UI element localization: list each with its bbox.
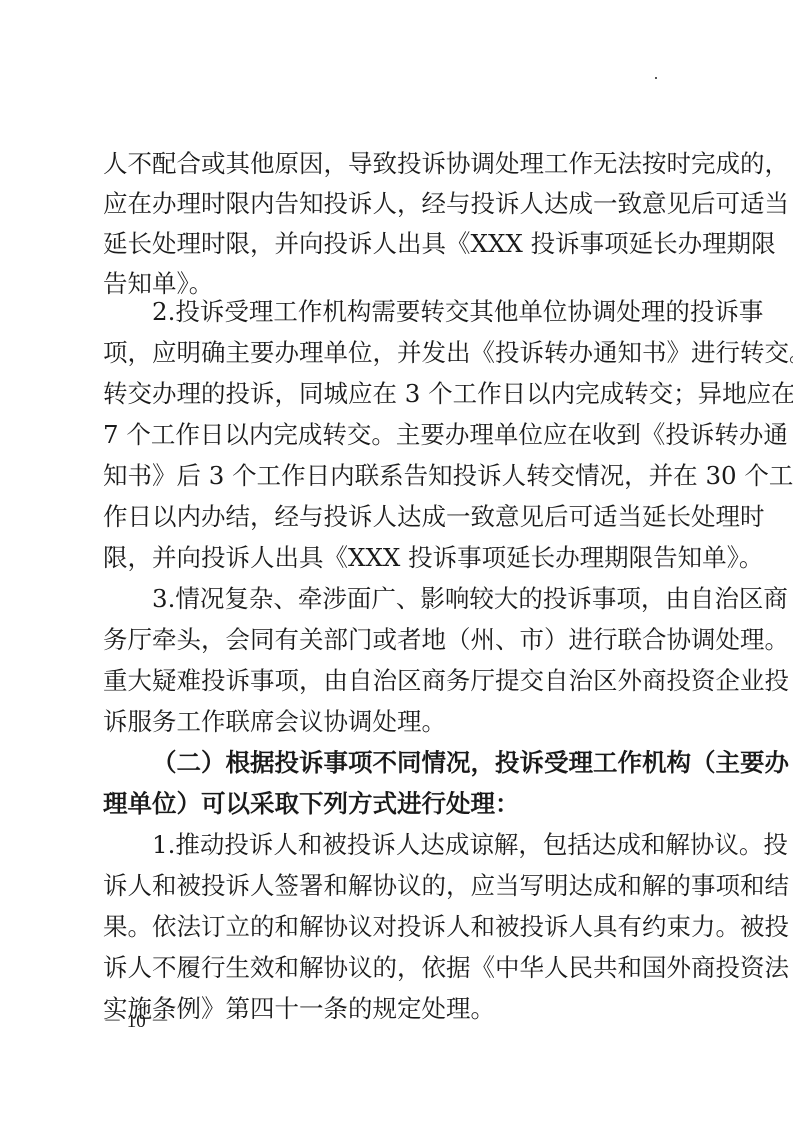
paragraph-line: 限，并向投诉人出具《XXX 投诉事项延长办理期限告知单》。 [103, 538, 703, 578]
paragraph-line: 延长处理时限，并向投诉人出具《XXX 投诉事项延长办理期限 [103, 224, 703, 264]
paragraph-line: 果。依法订立的和解协议对投诉人和被投诉人具有约束力。被投 [103, 907, 703, 947]
paragraph-line: 诉人和被投诉人签署和解协议的，应当写明达成和解的事项和结 [103, 866, 703, 906]
section-heading-line: （二）根据投诉事项不同情况，投诉受理工作机构（主要办 [152, 743, 703, 783]
paragraph-line: 2.投诉受理工作机构需要转交其他单位协调处理的投诉事 [152, 292, 703, 332]
section-heading-line: 理单位）可以采取下列方式进行处理： [103, 784, 703, 824]
paragraph-line: 重大疑难投诉事项，由自治区商务厅提交自治区外商投资企业投 [103, 661, 703, 701]
paragraph-line: 务厅牵头，会同有关部门或者地（州、市）进行联合协调处理。 [103, 620, 703, 660]
paragraph-line: 诉服务工作联席会议协调处理。 [103, 702, 703, 742]
paragraph-line: 应在办理时限内告知投诉人，经与投诉人达成一致意见后可适当 [103, 184, 703, 224]
paragraph-line: 3.情况复杂、牵涉面广、影响较大的投诉事项，由自治区商 [152, 579, 703, 619]
paragraph-line: 1.推动投诉人和被投诉人达成谅解，包括达成和解协议。投 [152, 825, 703, 865]
paragraph-line: 项，应明确主要办理单位，并发出《投诉转办通知书》进行转交。 [103, 333, 703, 373]
paragraph-line: 人不配合或其他原因，导致投诉协调处理工作无法按时完成的， [103, 144, 703, 184]
paragraph-line: 作日以内办结，经与投诉人达成一致意见后可适当延长处理时 [103, 497, 703, 537]
paragraph-line: 知书》后 3 个工作日内联系告知投诉人转交情况，并在 30 个工 [103, 456, 703, 496]
page-number: － 10 － [103, 1007, 170, 1037]
scan-speck [655, 77, 657, 79]
paragraph-line: 诉人不履行生效和解协议的，依据《中华人民共和国外商投资法 [103, 948, 703, 988]
paragraph-line: 7 个工作日以内完成转交。主要办理单位应在收到《投诉转办通 [103, 415, 703, 455]
paragraph-line: 转交办理的投诉，同城应在 3 个工作日以内完成转交；异地应在 [103, 374, 703, 414]
paragraph-line: 实施条例》第四十一条的规定处理。 [103, 989, 703, 1029]
